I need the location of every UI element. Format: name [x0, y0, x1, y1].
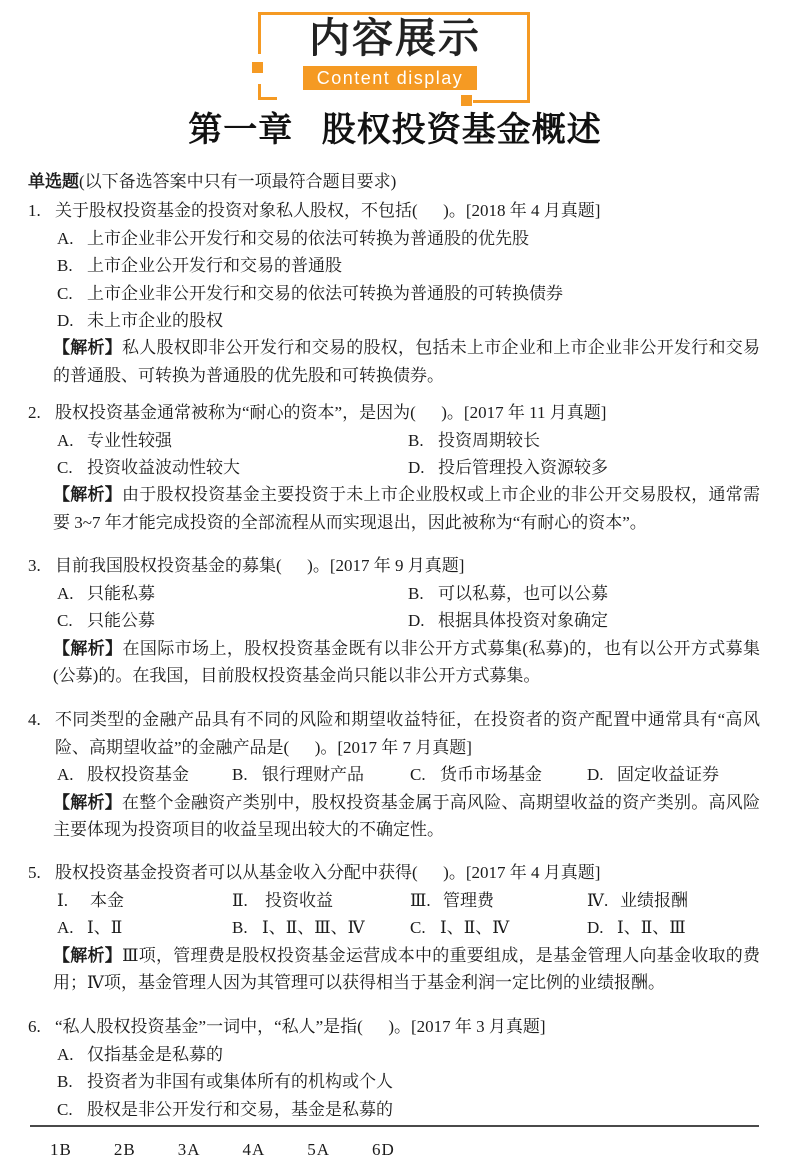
- question-2-option-c: C.投资收益波动性较大: [57, 454, 408, 481]
- chapter-title: 第一章 股权投资基金概述: [0, 109, 790, 153]
- question-2-analysis: 【解析】由于股权投资基金主要投资于未上市企业股权或上市企业的非公开交易股权，通常…: [53, 481, 760, 536]
- question-4-option-d: D.固定收益证券: [587, 761, 719, 788]
- option-text: 根据具体投资对象确定: [438, 607, 608, 634]
- answer-key-item: 3A: [178, 1136, 201, 1163]
- content-display-header: 内容展示 Content display: [0, 0, 790, 103]
- question-2-option-b: B.投资周期较长: [408, 427, 540, 454]
- question-5-stem: 5. 股权投资基金投资者可以从基金收入分配中获得( )。[2017 年 4 月真…: [28, 859, 760, 886]
- question-2-stem: 2. 股权投资基金通常被称为“耐心的资本”，是因为( )。[2017 年 11 …: [28, 399, 760, 426]
- option-letter: D.: [408, 454, 438, 481]
- question-4: 4. 不同类型的金融产品具有不同的风险和期望收益特征，在投资者的资产配置中通常具…: [28, 706, 760, 843]
- option-letter: C.: [57, 280, 87, 307]
- option-text: Ⅰ、Ⅱ: [87, 914, 122, 941]
- question-4-stem: 4. 不同类型的金融产品具有不同的风险和期望收益特征，在投资者的资产配置中通常具…: [28, 706, 760, 761]
- question-3-option-c: C.只能公募: [57, 607, 408, 634]
- item-text: 投资收益: [265, 887, 333, 914]
- option-letter: A.: [57, 1041, 87, 1068]
- question-3: 3. 目前我国股权投资基金的募集( )。[2017 年 9 月真题] A.只能私…: [28, 552, 760, 689]
- analysis-tag: 【解析】: [53, 639, 123, 658]
- question-6-option-c: C.股权是非公开发行和交易，基金是私募的: [57, 1096, 760, 1123]
- question-1: 1. 关于股权投资基金的投资对象私人股权，不包括( )。[2018 年 4 月真…: [28, 197, 760, 389]
- option-text: 未上市企业的股权: [87, 307, 760, 334]
- question-4-option-a: A.股权投资基金: [57, 761, 232, 788]
- question-5-item-3: Ⅲ.管理费: [410, 887, 587, 914]
- question-3-options-row-1: A.只能私募 B.可以私募，也可以公募: [28, 580, 760, 607]
- analysis-tag: 【解析】: [53, 338, 122, 357]
- option-letter: C.: [57, 454, 87, 481]
- analysis-tag: 【解析】: [53, 946, 122, 965]
- option-text: 只能公募: [87, 607, 408, 634]
- page-footer: 1B2B3A4A5A6D: [0, 1125, 790, 1163]
- option-text: 仅指基金是私募的: [87, 1041, 760, 1068]
- question-text: 目前我国股权投资基金的募集( )。[2017 年 9 月真题]: [55, 552, 760, 579]
- question-5-options-row: A.Ⅰ、Ⅱ B.Ⅰ、Ⅱ、Ⅲ、Ⅳ C.Ⅰ、Ⅱ、Ⅳ D.Ⅰ、Ⅱ、Ⅲ: [28, 914, 760, 941]
- question-5-analysis: 【解析】Ⅲ项，管理费是股权投资基金运营成本中的重要组成，是基金管理人向基金收取的…: [53, 942, 760, 997]
- question-1-option-b: B.上市企业公开发行和交易的普通股: [57, 252, 760, 279]
- option-text: 上市企业非公开发行和交易的依法可转换为普通股的可转换债券: [87, 280, 760, 307]
- item-label: Ⅳ.: [587, 887, 620, 914]
- option-letter: B.: [232, 761, 262, 788]
- option-letter: B.: [232, 914, 262, 941]
- question-number: 3.: [28, 552, 55, 579]
- question-3-analysis: 【解析】在国际市场上，股权投资基金既有以非公开方式募集(私募)的，也有以公开方式…: [53, 635, 760, 690]
- option-letter: D.: [587, 761, 617, 788]
- question-6-stem: 6. “私人股权投资基金”一词中，“私人”是指( )。[2017 年 3 月真题…: [28, 1013, 760, 1040]
- question-2-option-d: D.投后管理投入资源较多: [408, 454, 608, 481]
- analysis-tag: 【解析】: [53, 793, 122, 812]
- option-letter: D.: [587, 914, 617, 941]
- item-text: 管理费: [443, 887, 494, 914]
- question-number: 1.: [28, 197, 55, 224]
- question-2-options-row-2: C.投资收益波动性较大 D.投后管理投入资源较多: [28, 454, 760, 481]
- question-5-item-4: Ⅳ.业绩报酬: [587, 887, 688, 914]
- frame-left-corner-horizontal: [258, 97, 277, 100]
- option-letter: B.: [408, 580, 438, 607]
- frame-bottom-right-line: [473, 100, 530, 103]
- question-1-option-c: C.上市企业非公开发行和交易的依法可转换为普通股的可转换债券: [57, 280, 760, 307]
- answer-key-item: 2B: [114, 1136, 136, 1163]
- question-number: 4.: [28, 706, 55, 761]
- question-4-analysis: 【解析】在整个金融资产类别中，股权投资基金属于高风险、高期望收益的资产类别。高风…: [53, 789, 760, 844]
- question-4-options-row: A.股权投资基金 B.银行理财产品 C.货币市场基金 D.固定收益证券: [28, 761, 760, 788]
- question-1-option-a: A.上市企业非公开发行和交易的依法可转换为普通股的优先股: [57, 225, 760, 252]
- question-2-options-row-1: A.专业性较强 B.投资周期较长: [28, 427, 760, 454]
- question-number: 2.: [28, 399, 55, 426]
- question-3-option-d: D.根据具体投资对象确定: [408, 607, 608, 634]
- option-text: 投资收益波动性较大: [87, 454, 408, 481]
- option-letter: B.: [408, 427, 438, 454]
- question-text: 不同类型的金融产品具有不同的风险和期望收益特征，在投资者的资产配置中通常具有“高…: [55, 706, 760, 761]
- option-letter: A.: [57, 580, 87, 607]
- option-letter: C.: [57, 1096, 87, 1123]
- question-1-analysis: 【解析】私人股权即非公开发行和交易的股权，包括未上市企业和上市企业非公开发行和交…: [53, 334, 760, 389]
- option-text: 投后管理投入资源较多: [438, 454, 608, 481]
- analysis-text: 由于股权投资基金主要投资于未上市企业股权或上市企业的非公开交易股权，通常需要 3…: [53, 485, 760, 531]
- item-label: Ⅱ.: [232, 887, 265, 914]
- option-text: 固定收益证券: [617, 761, 719, 788]
- question-5-option-c: C.Ⅰ、Ⅱ、Ⅳ: [410, 914, 587, 941]
- question-5-items-row: Ⅰ.本金 Ⅱ.投资收益 Ⅲ.管理费 Ⅳ.业绩报酬: [28, 887, 760, 914]
- analysis-text: 私人股权即非公开发行和交易的股权，包括未上市企业和上市企业非公开发行和交易的普通…: [53, 338, 760, 384]
- question-4-option-b: B.银行理财产品: [232, 761, 410, 788]
- question-number: 5.: [28, 859, 55, 886]
- answer-key-item: 5A: [307, 1136, 330, 1163]
- answer-key-item: 1B: [50, 1136, 72, 1163]
- question-5: 5. 股权投资基金投资者可以从基金收入分配中获得( )。[2017 年 4 月真…: [28, 859, 760, 996]
- item-label: Ⅲ.: [410, 887, 443, 914]
- question-5-option-d: D.Ⅰ、Ⅱ、Ⅲ: [587, 914, 686, 941]
- question-6-option-a: A.仅指基金是私募的: [57, 1041, 760, 1068]
- item-text: 业绩报酬: [620, 887, 688, 914]
- option-letter: A.: [57, 427, 87, 454]
- question-1-option-d: D.未上市企业的股权: [57, 307, 760, 334]
- answer-key-item: 6D: [372, 1136, 395, 1163]
- question-5-option-b: B.Ⅰ、Ⅱ、Ⅲ、Ⅳ: [232, 914, 410, 941]
- section-note: (以下备选答案中只有一项最符合题目要求): [79, 172, 396, 191]
- divider-line: [30, 1125, 759, 1127]
- option-text: Ⅰ、Ⅱ、Ⅲ: [617, 914, 686, 941]
- question-list: 单选题(以下备选答案中只有一项最符合题目要求) 1. 关于股权投资基金的投资对象…: [0, 168, 790, 1123]
- option-text: Ⅰ、Ⅱ、Ⅲ、Ⅳ: [262, 914, 365, 941]
- option-text: 股权投资基金: [87, 761, 189, 788]
- option-text: 专业性较强: [87, 427, 408, 454]
- option-text: 上市企业公开发行和交易的普通股: [87, 252, 760, 279]
- analysis-text: 在整个金融资产类别中，股权投资基金属于高风险、高期望收益的资产类别。高风险主要体…: [53, 793, 760, 839]
- section-heading: 单选题(以下备选答案中只有一项最符合题目要求): [28, 168, 760, 195]
- option-letter: D.: [57, 307, 87, 334]
- question-4-option-c: C.货币市场基金: [410, 761, 587, 788]
- option-text: 只能私募: [87, 580, 408, 607]
- option-text: 银行理财产品: [262, 761, 364, 788]
- frame-left-square: [252, 62, 263, 73]
- option-letter: C.: [410, 761, 440, 788]
- analysis-tag: 【解析】: [53, 485, 122, 504]
- answer-key: 1B2B3A4A5A6D: [50, 1136, 790, 1163]
- question-number: 6.: [28, 1013, 55, 1040]
- answer-key-item: 4A: [242, 1136, 265, 1163]
- option-letter: A.: [57, 914, 87, 941]
- option-text: 上市企业非公开发行和交易的依法可转换为普通股的优先股: [87, 225, 760, 252]
- option-text: 可以私募，也可以公募: [438, 580, 608, 607]
- item-label: Ⅰ.: [57, 887, 90, 914]
- question-5-option-a: A.Ⅰ、Ⅱ: [57, 914, 232, 941]
- header-title-cn: 内容展示: [0, 16, 790, 60]
- question-3-stem: 3. 目前我国股权投资基金的募集( )。[2017 年 9 月真题]: [28, 552, 760, 579]
- option-letter: D.: [408, 607, 438, 634]
- header-title-en-banner: Content display: [303, 66, 477, 90]
- question-2: 2. 股权投资基金通常被称为“耐心的资本”，是因为( )。[2017 年 11 …: [28, 399, 760, 536]
- question-2-option-a: A.专业性较强: [57, 427, 408, 454]
- option-text: 货币市场基金: [440, 761, 542, 788]
- question-3-option-b: B.可以私募，也可以公募: [408, 580, 608, 607]
- question-1-stem: 1. 关于股权投资基金的投资对象私人股权，不包括( )。[2018 年 4 月真…: [28, 197, 760, 224]
- question-3-options-row-2: C.只能公募 D.根据具体投资对象确定: [28, 607, 760, 634]
- question-3-option-a: A.只能私募: [57, 580, 408, 607]
- question-5-item-1: Ⅰ.本金: [57, 887, 232, 914]
- option-text: 股权是非公开发行和交易，基金是私募的: [87, 1096, 760, 1123]
- question-5-item-2: Ⅱ.投资收益: [232, 887, 410, 914]
- question-text: 股权投资基金投资者可以从基金收入分配中获得( )。[2017 年 4 月真题]: [55, 859, 760, 886]
- question-6: 6. “私人股权投资基金”一词中，“私人”是指( )。[2017 年 3 月真题…: [28, 1013, 760, 1123]
- option-letter: C.: [57, 607, 87, 634]
- option-letter: B.: [57, 1068, 87, 1095]
- option-text: Ⅰ、Ⅱ、Ⅳ: [440, 914, 509, 941]
- section-label: 单选题: [28, 172, 79, 191]
- question-text: 关于股权投资基金的投资对象私人股权，不包括( )。[2018 年 4 月真题]: [55, 197, 760, 224]
- option-text: 投资者为非国有或集体所有的机构或个人: [87, 1068, 760, 1095]
- option-letter: B.: [57, 252, 87, 279]
- question-text: “私人股权投资基金”一词中，“私人”是指( )。[2017 年 3 月真题]: [55, 1013, 760, 1040]
- analysis-text: 在国际市场上，股权投资基金既有以非公开方式募集(私募)的，也有以公开方式募集(公…: [53, 639, 760, 685]
- question-text: 股权投资基金通常被称为“耐心的资本”，是因为( )。[2017 年 11 月真题…: [55, 399, 760, 426]
- option-letter: C.: [410, 914, 440, 941]
- page: 内容展示 Content display 第一章 股权投资基金概述 单选题(以下…: [0, 0, 790, 1169]
- option-letter: A.: [57, 225, 87, 252]
- option-letter: A.: [57, 761, 87, 788]
- analysis-text: Ⅲ项，管理费是股权投资基金运营成本中的重要组成，是基金管理人向基金收取的费用；Ⅳ…: [53, 946, 760, 992]
- question-6-option-b: B.投资者为非国有或集体所有的机构或个人: [57, 1068, 760, 1095]
- frame-right-square: [461, 95, 472, 106]
- option-text: 投资周期较长: [438, 427, 540, 454]
- item-text: 本金: [90, 887, 124, 914]
